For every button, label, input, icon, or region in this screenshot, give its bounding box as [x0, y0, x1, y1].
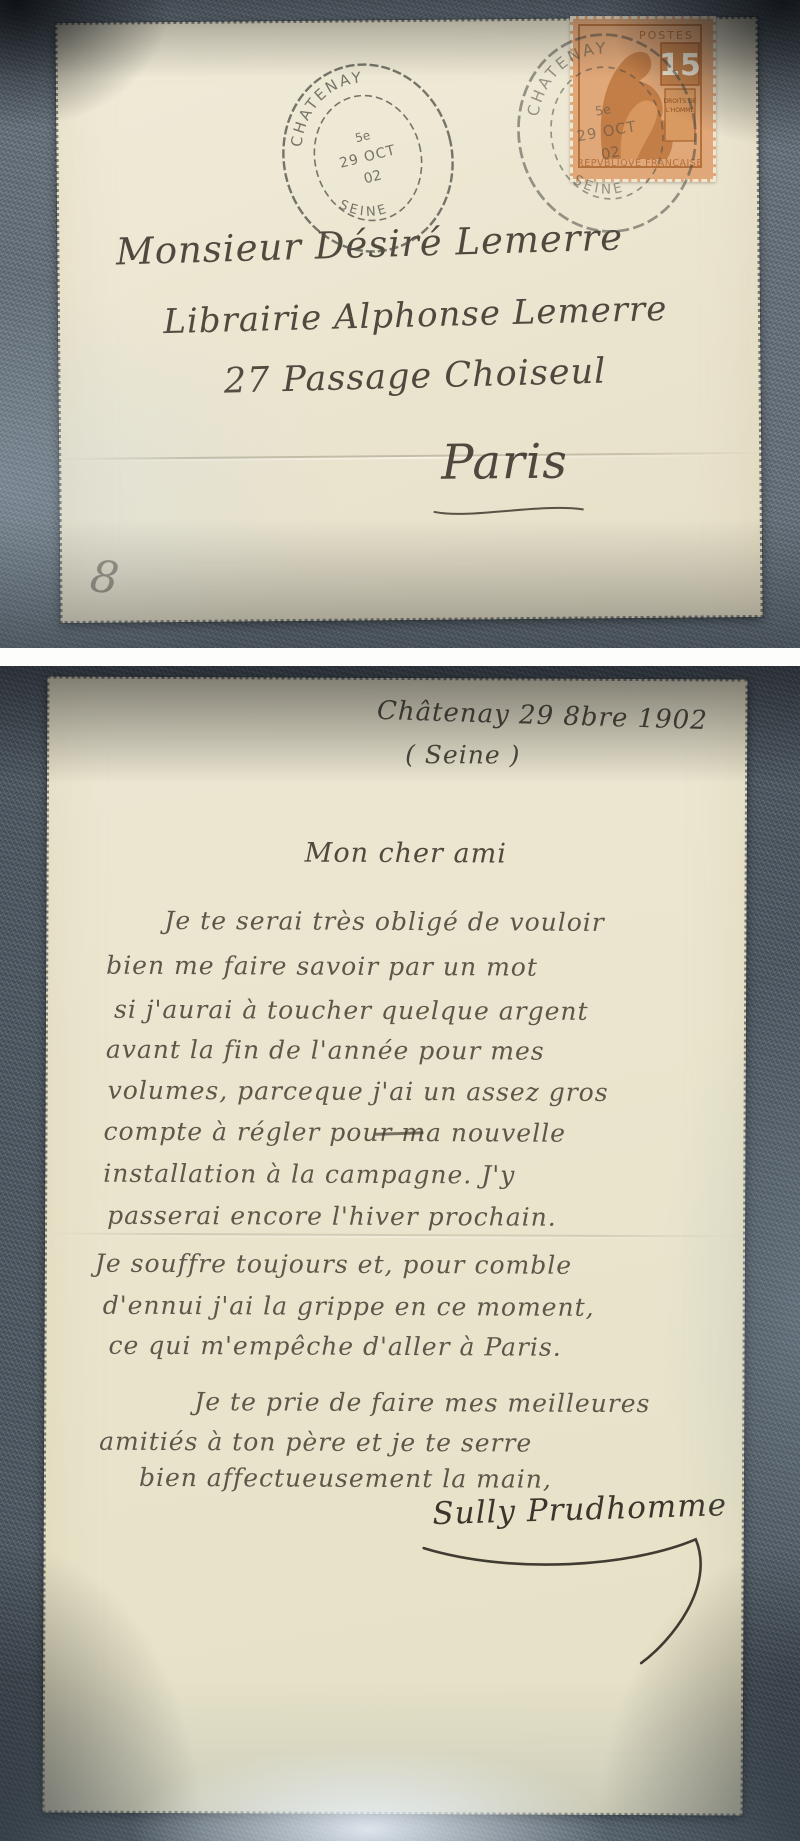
- photo-letter: Châtenay 29 8bre 1902 ( Seine ) Mon cher…: [0, 666, 800, 1841]
- photographed-letter-scene: { "photo_top": { "postmark_left": { "tow…: [0, 0, 800, 1841]
- photo-divider: [0, 648, 800, 666]
- photo-lighting-overlay: [0, 666, 800, 1841]
- photo-envelope: Monsieur Désiré Lemerre Librairie Alphon…: [0, 0, 800, 648]
- photo-lighting-overlay: [0, 0, 800, 648]
